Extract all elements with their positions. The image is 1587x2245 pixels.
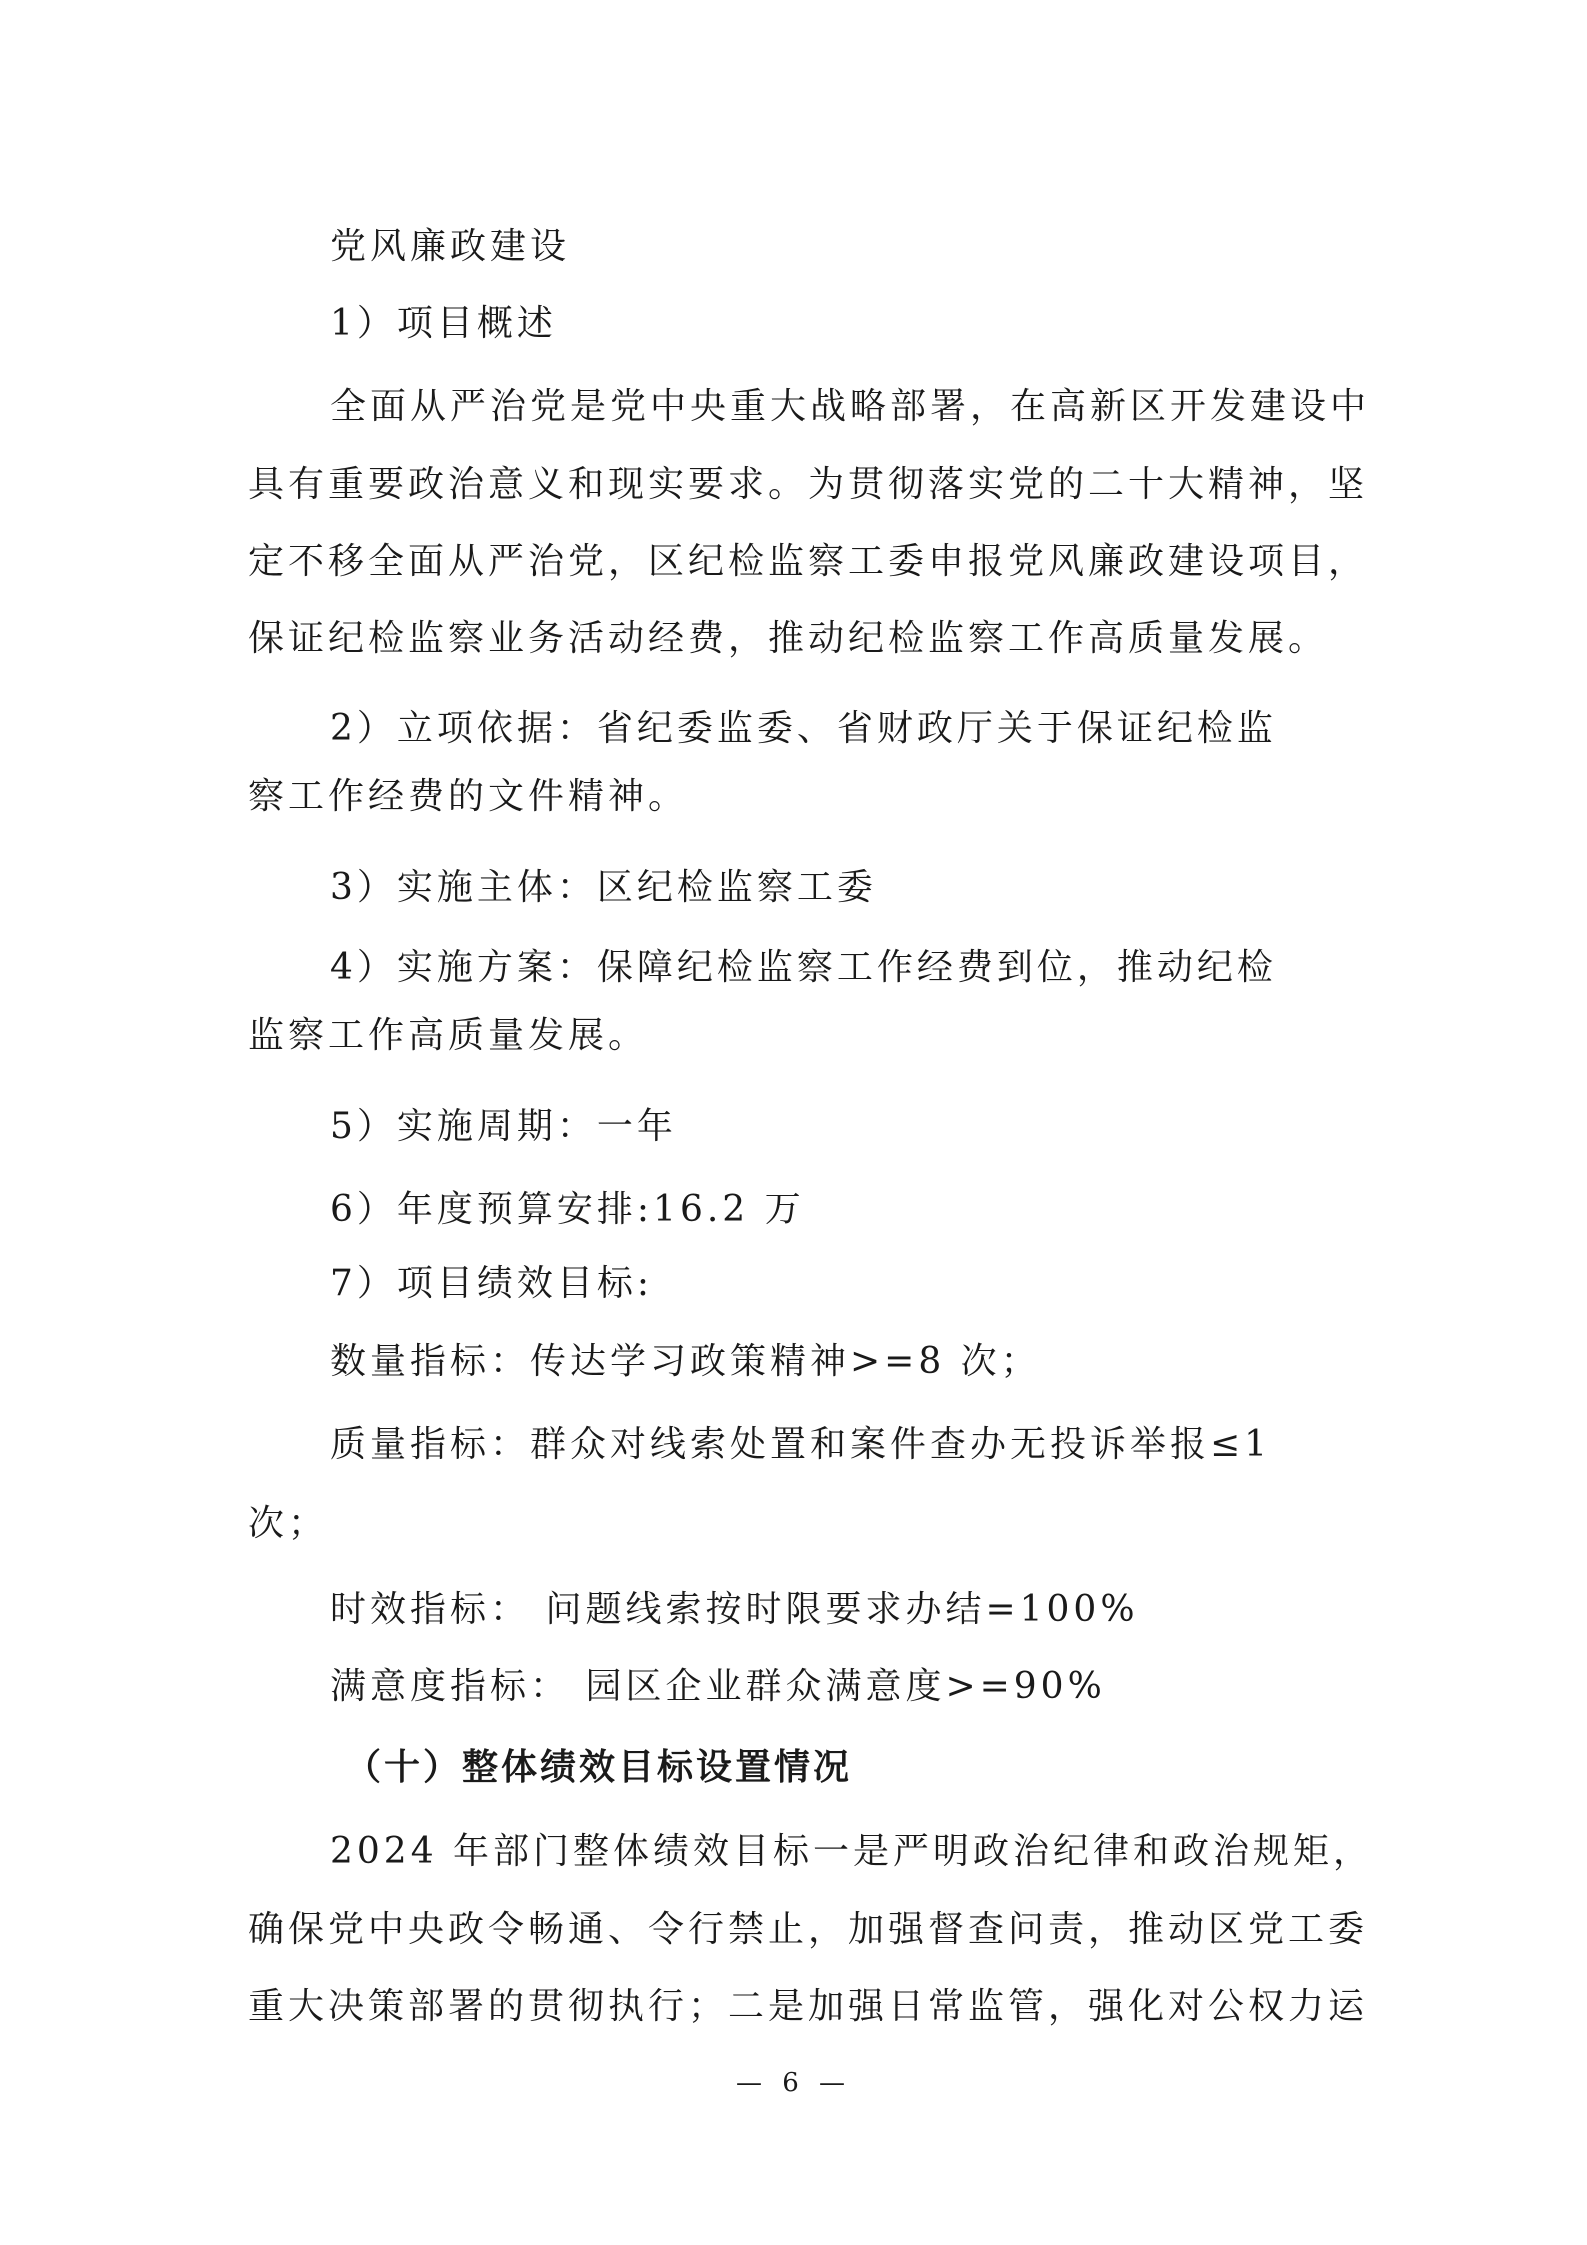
text-line: 定不移全面从严治党，区纪检监察工委申报党风廉政建设项目， — [248, 540, 1368, 584]
text-line: 次； — [248, 1502, 328, 1546]
text-line: 保证纪检监察业务活动经费，推动纪检监察工作高质量发展。 — [248, 617, 1328, 661]
text-line: 5）实施周期：一年 — [330, 1105, 677, 1149]
text-line: 1）项目概述 — [330, 302, 557, 346]
text-line: 质量指标：群众对线索处置和案件查办无投诉举报≤1 — [330, 1423, 1271, 1467]
text-line: 具有重要政治意义和现实要求。为贯彻落实党的二十大精神，坚 — [248, 463, 1368, 507]
subsection-heading: （十）整体绩效目标设置情况 — [345, 1745, 852, 1789]
text-line: 满意度指标： 园区企业群众满意度>=90% — [330, 1665, 1106, 1709]
text-line: 时效指标： 问题线索按时限要求办结=100% — [330, 1588, 1139, 1632]
text-line: 全面从严治党是党中央重大战略部署，在高新区开发建设中 — [330, 385, 1370, 429]
text-line: 7）项目绩效目标: — [330, 1262, 653, 1306]
text-line: 监察工作高质量发展。 — [248, 1014, 648, 1058]
text-line: 2）立项依据：省纪委监委、省财政厅关于保证纪检监 — [330, 707, 1277, 751]
text-line: 确保党中央政令畅通、令行禁止，加强督查问责，推动区党工委 — [248, 1908, 1368, 1952]
text-line: 重大决策部署的贯彻执行；二是加强日常监管，强化对公权力运 — [248, 1985, 1368, 2029]
text-line: 4）实施方案：保障纪检监察工作经费到位，推动纪检 — [330, 946, 1277, 990]
text-line: 察工作经费的文件精神。 — [248, 775, 688, 819]
page-number: — 6 — — [0, 2068, 1587, 2098]
section-title: 党风廉政建设 — [330, 225, 570, 269]
text-line: 2024 年部门整体绩效目标一是严明政治纪律和政治规矩， — [330, 1830, 1373, 1874]
document-page: 党风廉政建设 1）项目概述全面从严治党是党中央重大战略部署，在高新区开发建设中具… — [0, 0, 1587, 2245]
text-line: 6）年度预算安排:16.2 万 — [330, 1188, 805, 1232]
text-line: 数量指标：传达学习政策精神>=8 次； — [330, 1340, 1041, 1384]
text-line: 3）实施主体：区纪检监察工委 — [330, 866, 877, 910]
